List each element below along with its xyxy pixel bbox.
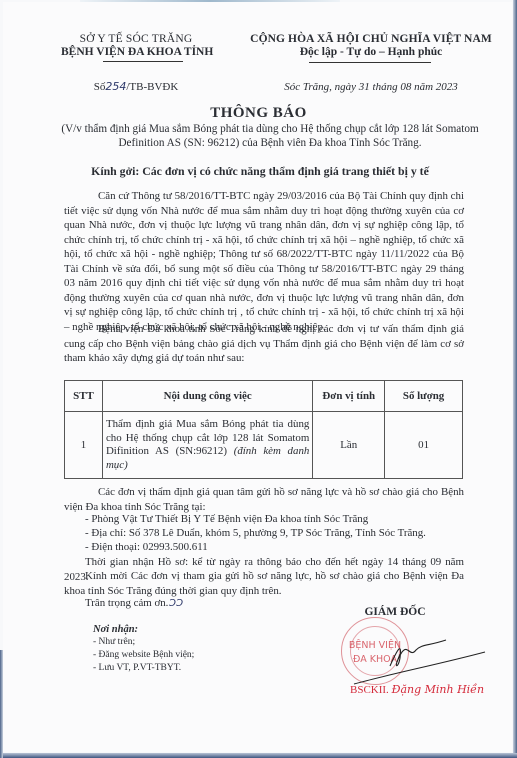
recipient-item: - Đăng website Bệnh viện; bbox=[93, 650, 194, 660]
recipient-item: - Như trên; bbox=[93, 637, 135, 647]
cell-stt: 1 bbox=[65, 412, 103, 479]
closing-thanks: Trân trọng cảm ơn.ƆƆ bbox=[85, 597, 182, 609]
salutation: Kính gởi: Các đơn vị có chức năng thẩm đ… bbox=[40, 164, 480, 179]
recipient-item: - Lưu VT, P.VT-TBYT. bbox=[93, 663, 181, 673]
place-date: Sóc Trăng, ngày 31 tháng 08 năm 2023 bbox=[246, 81, 496, 93]
cell-unit: Lần bbox=[313, 412, 385, 479]
parent-organization: SỞ Y TẾ SÓC TRĂNG bbox=[61, 33, 211, 45]
doc-number-prefix: Số bbox=[94, 81, 106, 93]
handwritten-initials: ƆƆ bbox=[168, 598, 182, 609]
national-motto: Độc lập - Tự do – Hạnh phúc bbox=[246, 46, 496, 58]
table-row: 1 Thẩm định giá Mua sắm Bóng phát tia dù… bbox=[65, 412, 463, 479]
handwritten-signature-icon bbox=[350, 628, 490, 688]
org-divider bbox=[103, 61, 183, 62]
contact-department: - Phòng Vật Tư Thiết Bị Y Tế Bệnh viện Đ… bbox=[85, 513, 368, 525]
motto-divider bbox=[309, 62, 431, 63]
cell-quantity: 01 bbox=[385, 412, 463, 479]
header-unit: Đơn vị tính bbox=[313, 381, 385, 412]
header-quantity: Số lượng bbox=[385, 381, 463, 412]
contact-phone: - Điện thoại: 02993.500.611 bbox=[85, 541, 208, 553]
paragraph-legal-basis: Căn cứ Thông tư 58/2016/TT-BTC ngày 29/0… bbox=[64, 189, 464, 334]
national-title: CỘNG HÒA XÃ HỘI CHỦ NGHĨA VIỆT NAM bbox=[246, 33, 496, 45]
signer-title: GIÁM ĐỐC bbox=[340, 606, 450, 618]
document-subject: (V/v thẩm định giá Mua sắm Bóng phát tia… bbox=[60, 122, 480, 150]
services-table: STT Nội dung công việc Đơn vị tính Số lư… bbox=[64, 380, 463, 479]
paragraph-submission: Các đơn vị thẩm định giá quan tâm gửi hồ… bbox=[64, 485, 464, 514]
document-number: Số254/TB-BVĐK bbox=[61, 80, 211, 93]
scan-edge-bottom bbox=[0, 753, 517, 758]
cell-content: Thẩm định giá Mua sắm Bóng phát tia dùng… bbox=[102, 412, 312, 479]
doc-number-handwritten: 254 bbox=[105, 80, 126, 93]
document-title: THÔNG BÁO bbox=[0, 105, 517, 122]
paragraph-request: Bệnh viện Đa khoa tỉnh Sóc Trăng kính đề… bbox=[64, 322, 464, 366]
recipients-title: Nơi nhận: bbox=[93, 624, 138, 635]
paragraph-invitation: Kính mời Các đơn vị tham gia gửi hồ sơ n… bbox=[64, 569, 464, 598]
table-header-row: STT Nội dung công việc Đơn vị tính Số lư… bbox=[65, 381, 463, 412]
scan-edge-top bbox=[80, 0, 340, 2]
signer-name: BSCKII. Đặng Minh Hiền bbox=[350, 683, 484, 696]
doc-number-suffix: /TB-BVĐK bbox=[126, 81, 178, 93]
header-content: Nội dung công việc bbox=[102, 381, 312, 412]
organization-name: BỆNH VIỆN ĐA KHOA TỈNH bbox=[61, 46, 211, 58]
header-stt: STT bbox=[65, 381, 103, 412]
contact-address: - Địa chỉ: Số 378 Lê Duẩn, khóm 5, phườn… bbox=[85, 527, 426, 539]
scan-edge-left bbox=[0, 650, 3, 758]
